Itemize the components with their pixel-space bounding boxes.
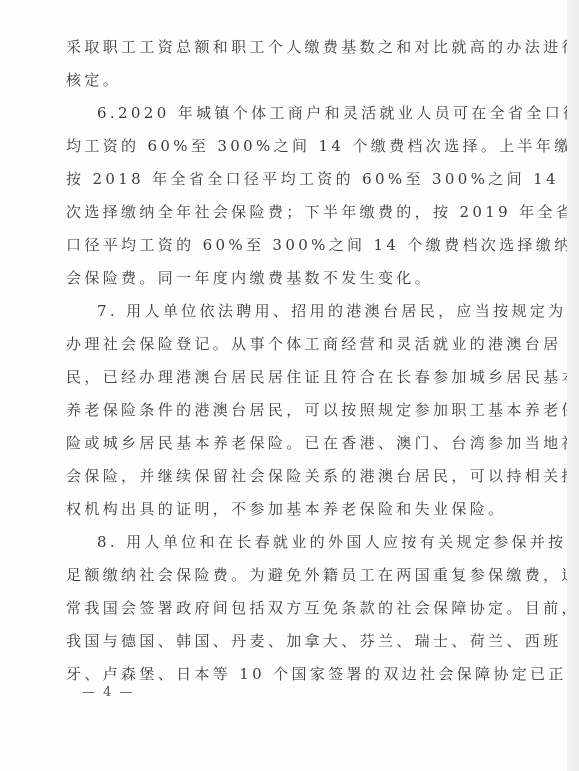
page-edge-shadow xyxy=(567,0,579,771)
text-line: 8. 用人单位和在长春就业的外国人应按有关规定参保并按时 xyxy=(66,529,514,562)
text-line: 我国与德国、韩国、丹麦、加拿大、芬兰、瑞士、荷兰、西班 xyxy=(66,628,514,661)
text-line: 险或城乡居民基本养老保险。已在香港、澳门、台湾参加当地社 xyxy=(66,430,514,463)
text-line: 常我国会签署政府间包括双方互免条款的社会保障协定。目前， xyxy=(66,595,514,628)
text-line: 6.2020 年城镇个体工商户和灵活就业人员可在全省全口径平 xyxy=(66,100,514,133)
text-line: 7. 用人单位依法聘用、招用的港澳台居民，应当按规定为其 xyxy=(66,298,514,331)
text-line: 足额缴纳社会保险费。为避免外籍员工在两国重复参保缴费，通 xyxy=(66,562,514,595)
text-line: 会保险费。同一年度内缴费基数不发生变化。 xyxy=(66,265,514,298)
text-line: 核定。 xyxy=(66,67,514,100)
text-line: 按 2018 年全省全口径平均工资的 60%至 300%之间 14 个缴费档 xyxy=(66,166,514,199)
document-page: 采取职工工资总额和职工个人缴费基数之和对比就高的办法进行 核定。 6.2020 … xyxy=(0,0,567,771)
page-number: — 4 — xyxy=(82,685,135,700)
text-line: 采取职工工资总额和职工个人缴费基数之和对比就高的办法进行 xyxy=(66,34,514,67)
text-line: 均工资的 60%至 300%之间 14 个缴费档次选择。上半年缴费的， xyxy=(66,133,514,166)
text-line: 民，已经办理港澳台居民居住证且符合在长春参加城乡居民基本 xyxy=(66,364,514,397)
text-line: 口径平均工资的 60%至 300%之间 14 个缴费档次选择缴纳全年社 xyxy=(66,232,514,265)
text-line: 会保险，并继续保留社会保险关系的港澳台居民，可以持相关授 xyxy=(66,463,514,496)
document-body: 采取职工工资总额和职工个人缴费基数之和对比就高的办法进行 核定。 6.2020 … xyxy=(66,34,514,694)
text-line: 权机构出具的证明，不参加基本养老保险和失业保险。 xyxy=(66,496,514,529)
text-line: 次选择缴纳全年社会保险费；下半年缴费的，按 2019 年全省全 xyxy=(66,199,514,232)
text-line: 养老保险条件的港澳台居民，可以按照规定参加职工基本养老保 xyxy=(66,397,514,430)
text-line: 办理社会保险登记。从事个体工商经营和灵活就业的港澳台居 xyxy=(66,331,514,364)
